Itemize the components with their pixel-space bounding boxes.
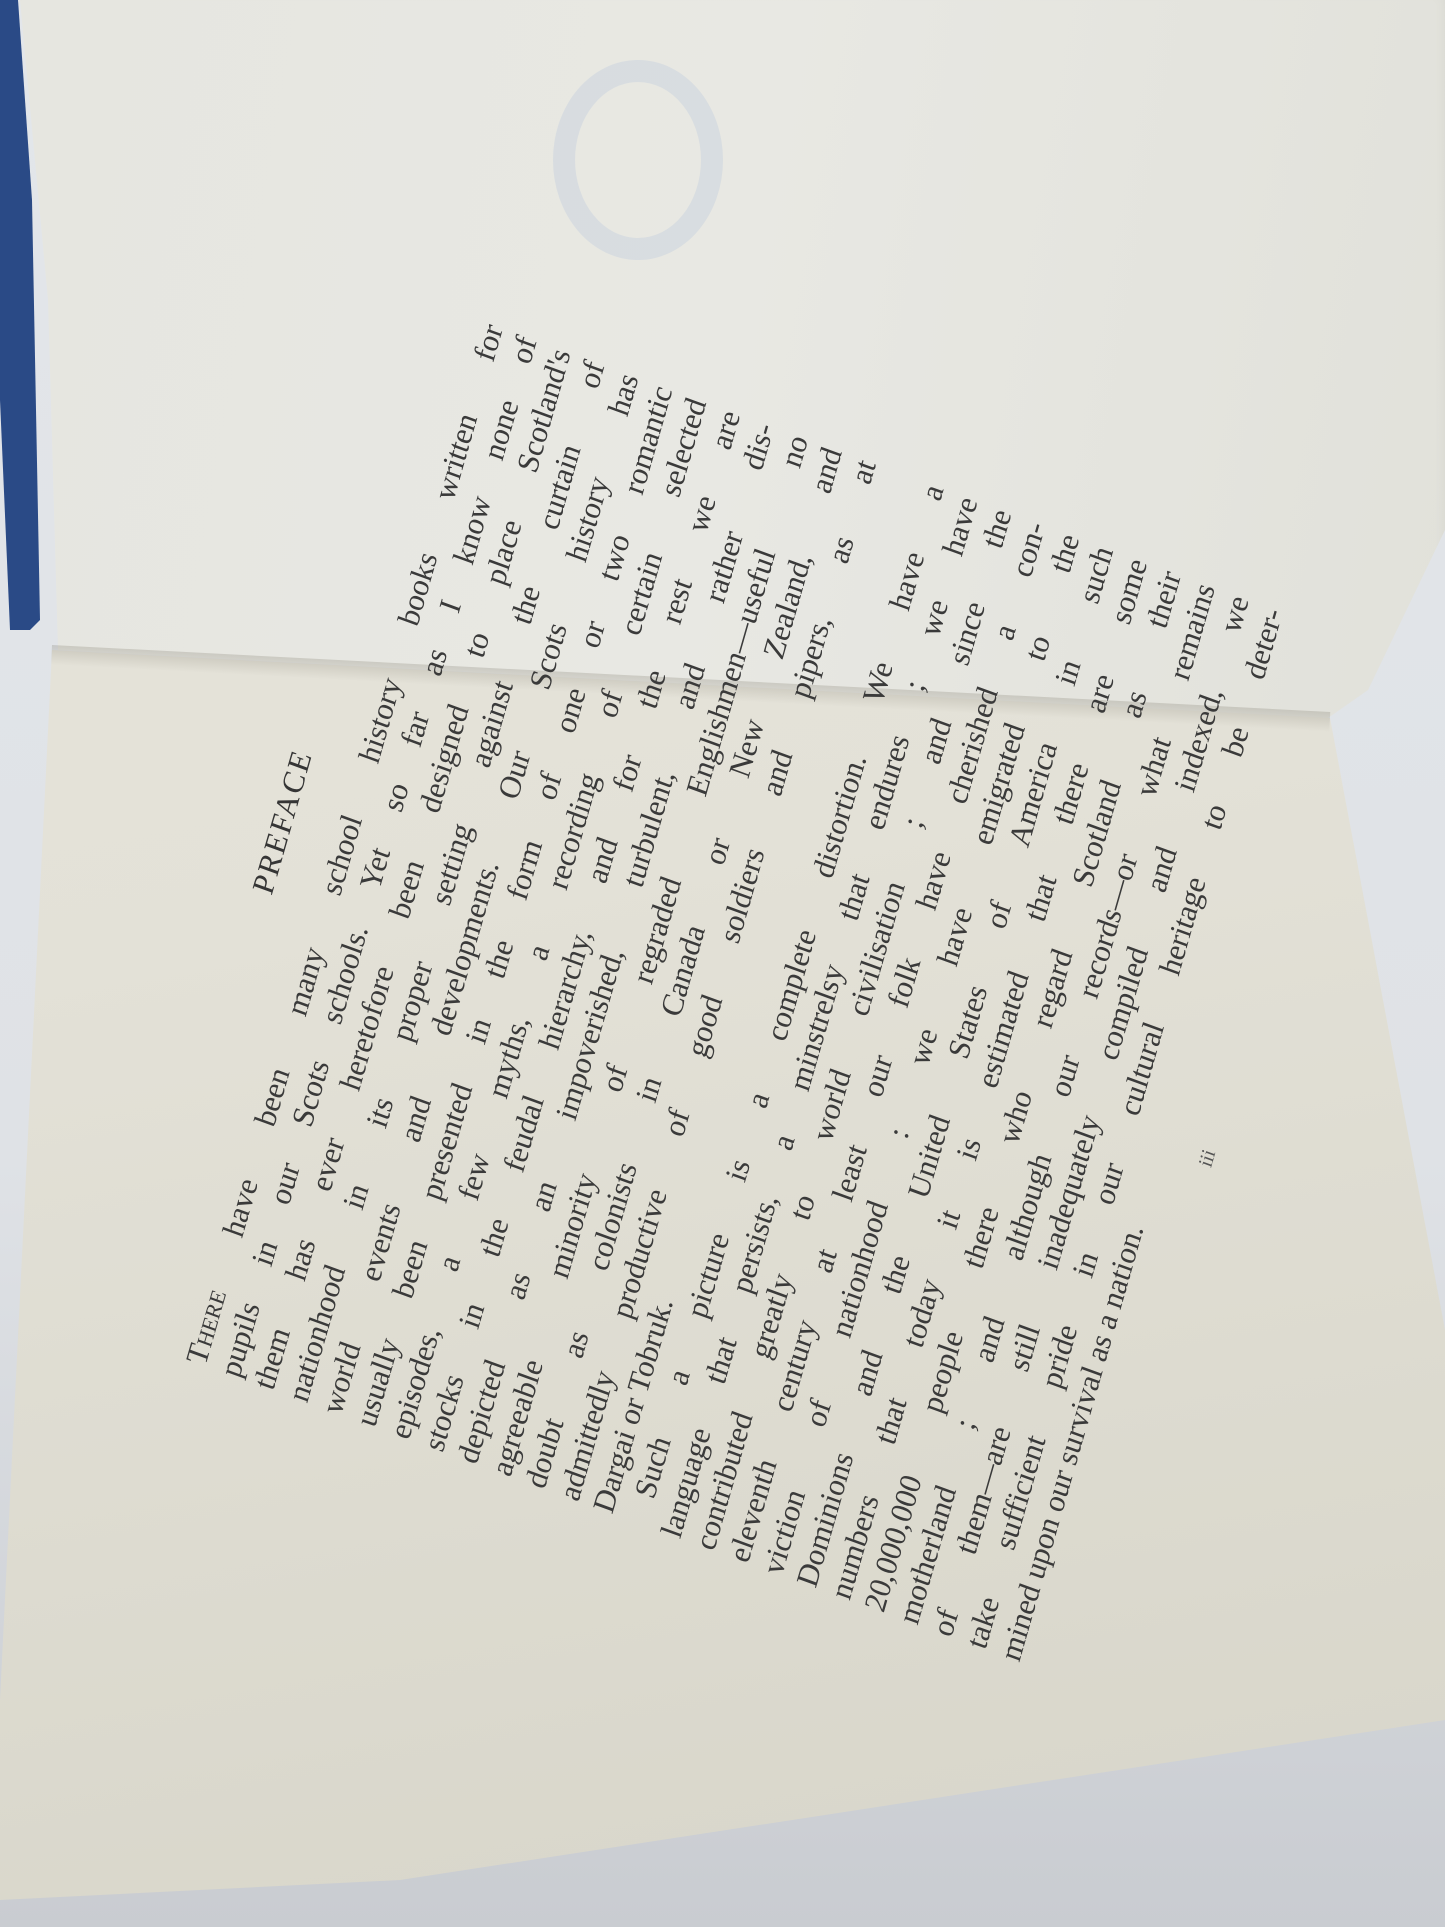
photo-scene: PREFACE There have been many school hist…: [0, 0, 1445, 1927]
library-stamp-mark: [553, 60, 723, 260]
